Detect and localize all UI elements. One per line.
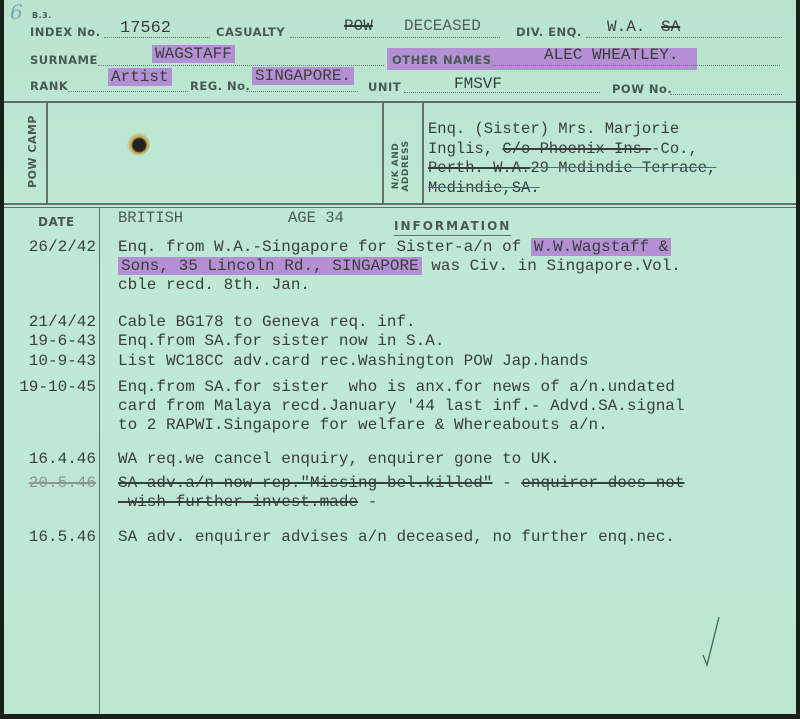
entry-text: List WC18CC adv.card rec.Washington POW … xyxy=(118,352,588,371)
entry-line: Sons, 35 Lincoln Rd., SINGAPORE was Civ.… xyxy=(118,257,681,276)
entry-line: Cable BG178 to Geneva req. inf. xyxy=(118,313,416,332)
entry-line: cble recd. 8th. Jan. xyxy=(118,276,681,295)
entry-text: Enq.from SA.for sister who is anx.for ne… xyxy=(118,378,685,435)
entry-text: WA req.we cancel enquiry, enquirer gone … xyxy=(118,450,560,469)
entry-line: to 2 RAPWI.Singapore for welfare & Where… xyxy=(118,416,685,435)
index-card: 6 B.3. INDEX No. 17562 CASUALTY POW DECE… xyxy=(4,0,796,714)
unit-value: FMSVF xyxy=(454,75,502,93)
entry-date: 26/2/42 xyxy=(29,238,96,256)
entry-text: Cable BG178 to Geneva req. inf. xyxy=(118,313,416,332)
entry-text: Enq. from W.A.-Singapore for Sister-a/n … xyxy=(118,238,681,295)
entry-date: 19-10-45 xyxy=(19,378,96,396)
entry-text: SA adv. enquirer advises a/n deceased, n… xyxy=(118,528,675,547)
nk-address-line-3: Perth.-W.A.29 Medindie Terrace, xyxy=(428,159,716,179)
reg-no-value: SINGAPORE. xyxy=(252,67,354,85)
entry-date: 20.5.46 xyxy=(29,474,96,492)
index-no-value: 17562 xyxy=(120,19,171,38)
date-column-header: DATE xyxy=(38,215,75,229)
nk-address-line-2: Inglis, C/o-Phoenix-Ins.-Co., xyxy=(428,140,716,160)
index-no-label: INDEX No. xyxy=(30,25,101,39)
entry-line: SA adv.a/n now rep."Missing-bel.killed" … xyxy=(118,474,685,493)
nk-address: Enq. (Sister) Mrs. Marjorie Inglis, C/o-… xyxy=(428,120,716,198)
rust-stain xyxy=(126,133,150,155)
unit-label: UNIT xyxy=(368,80,401,94)
div-enq-label: DIV. ENQ. xyxy=(516,25,582,39)
pow-camp-field xyxy=(50,104,380,202)
other-names-label: OTHER NAMES xyxy=(392,53,492,67)
casualty-struck-value: POW xyxy=(344,17,373,35)
entry-date: 10-9-43 xyxy=(29,352,96,370)
entry-date: 16.4.46 xyxy=(29,450,96,468)
age: AGE 34 xyxy=(288,209,344,227)
reg-no-label: REG. No. xyxy=(190,79,250,93)
pow-no-label: POW No. xyxy=(612,82,672,96)
casualty-label: CASUALTY xyxy=(216,25,285,39)
corner-mark: 6 xyxy=(10,0,23,24)
surname-value: WAGSTAFF xyxy=(152,45,235,63)
checkmark-icon xyxy=(701,615,721,667)
pow-camp-label: POW CAMP xyxy=(26,115,39,188)
nk-address-line-1: Enq. (Sister) Mrs. Marjorie xyxy=(428,120,716,140)
entry-line: SA adv. enquirer advises a/n deceased, n… xyxy=(118,528,675,547)
entry-text: SA adv.a/n now rep."Missing-bel.killed" … xyxy=(118,474,685,512)
rank-label: RANK xyxy=(30,79,68,93)
entry-line: WA req.we cancel enquiry, enquirer gone … xyxy=(118,450,560,469)
surname-label: SURNAME xyxy=(30,53,98,67)
entry-line: Enq.from SA.for sister now in S.A. xyxy=(118,332,444,351)
entry-date: 16.5.46 xyxy=(29,528,96,546)
nationality: BRITISH xyxy=(118,209,183,227)
form-code: B.3. xyxy=(32,11,52,20)
nk-address-label: N/K AND ADDRESS xyxy=(391,125,411,207)
entry-text: Enq.from SA.for sister now in S.A. xyxy=(118,332,444,351)
entry-line: wish further invest.made - xyxy=(118,493,685,512)
entry-line: Enq. from W.A.-Singapore for Sister-a/n … xyxy=(118,238,681,257)
information-header: INFORMATION xyxy=(394,219,511,236)
div-enq-struck-value: SA xyxy=(661,18,680,36)
rank-value: Artist xyxy=(108,68,172,86)
entry-date: 19-6-43 xyxy=(29,332,96,350)
nk-address-line-4: Medindie,SA. xyxy=(428,179,716,199)
entry-line: List WC18CC adv.card rec.Washington POW … xyxy=(118,352,588,371)
other-names-value: ALEC WHEATLEY. xyxy=(544,46,678,64)
entry-line: card from Malaya recd.January '44 last i… xyxy=(118,397,685,416)
casualty-value: DECEASED xyxy=(404,17,481,35)
entry-date: 21/4/42 xyxy=(29,313,96,331)
div-enq-value: W.A. xyxy=(607,18,645,36)
entry-line: Enq.from SA.for sister who is anx.for ne… xyxy=(118,378,685,397)
